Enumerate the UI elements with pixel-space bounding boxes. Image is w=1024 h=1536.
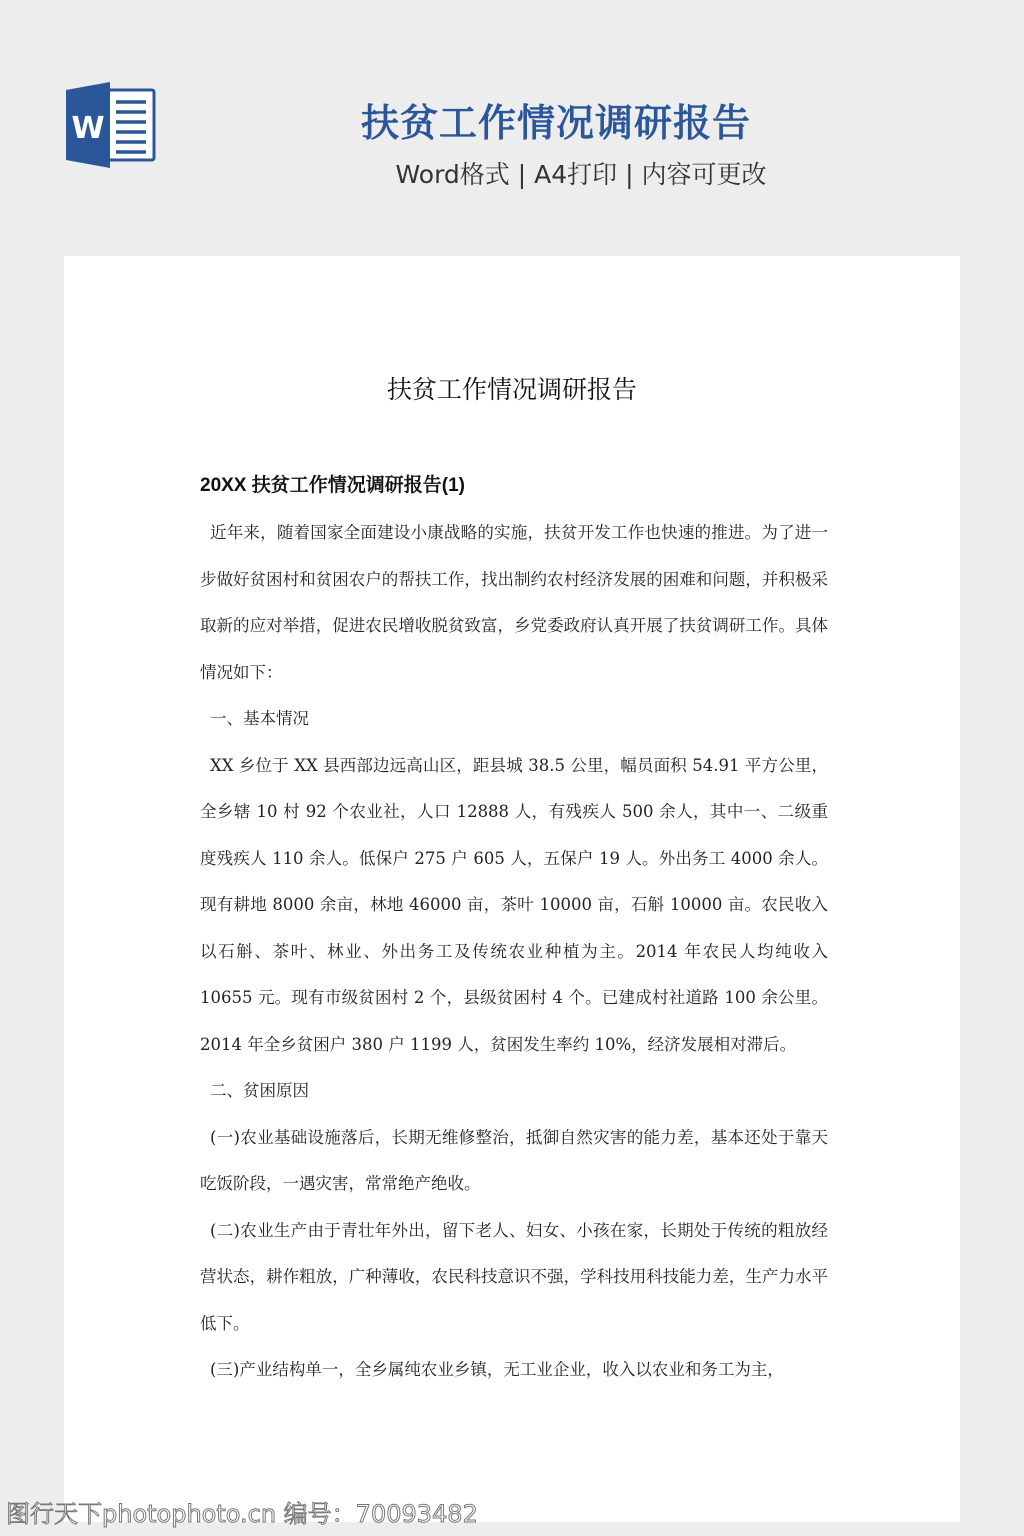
section-heading-causes: 二、贫困原因 [200,1068,828,1115]
paragraph-intro: 近年来，随着国家全面建设小康战略的实施，扶贫开发工作也快速的推进。为了进一步做好… [200,510,828,696]
document-page: 扶贫工作情况调研报告 20XX 扶贫工作情况调研报告(1) 近年来，随着国家全面… [64,256,960,1522]
word-icon: W [66,82,156,168]
paragraph-cause-2: (二)农业生产由于青壮年外出，留下老人、妇女、小孩在家，长期处于传统的粗放经营状… [200,1208,828,1348]
paragraph-basic-info: XX 乡位于 XX 县西部边远高山区，距县城 38.5 公里，幅员面积 54.9… [200,743,828,1069]
paragraph-cause-1: (一)农业基础设施落后，长期无维修整治，抵御自然灾害的能力差，基本还处于靠天吃饭… [200,1115,828,1208]
header-title: 扶贫工作情况调研报告 [300,92,812,147]
section-heading-basic: 一、基本情况 [200,696,828,743]
paragraph-cause-3: (三)产业结构单一，全乡属纯农业乡镇，无工业企业，收入以农业和务工为主， [200,1347,828,1394]
document-body: 近年来，随着国家全面建设小康战略的实施，扶贫开发工作也快速的推进。为了进一步做好… [200,510,828,1394]
document-title: 扶贫工作情况调研报告 [64,370,960,406]
svg-text:W: W [71,111,104,146]
document-subtitle: 20XX 扶贫工作情况调研报告(1) [200,470,465,497]
watermark: 图行天下photophoto.cn 编号：70093482 [6,1494,478,1529]
header-subtitle: Word格式 | A4打印 | 内容可更改 [300,155,862,191]
